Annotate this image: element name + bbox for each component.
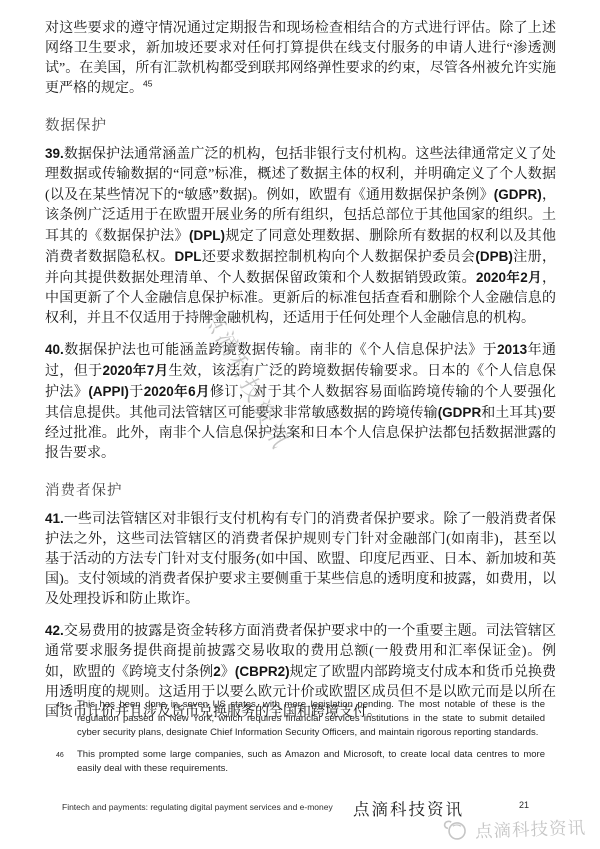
paragraph-39: 39.数据保护法通常涵盖广泛的机构，包括非银行支付机构。这些法律通常定义了处理数… [45,144,556,329]
page-footer: Fintech and payments: regulating digital… [0,796,600,820]
heading-consumer-protection: 消费者保护 [45,479,556,500]
footnotes-section: 45 This has been done in seven US states… [45,698,545,785]
paragraph-41: 41.一些司法管辖区对非银行支付机构有专门的消费者保护要求。除了一般消费者保护法… [45,509,556,610]
footnote-45-text: This has been done in seven US states, w… [77,698,545,739]
document-page: 点滴科技资讯 对这些要求的遵守情况通过定期报告和现场检查相结合的方式进行评估。除… [0,0,600,849]
heading-data-protection: 数据保护 [45,114,556,135]
droplet-logo-icon [441,817,472,844]
footnote-45: 45 This has been done in seven US states… [45,698,545,739]
paragraph-40: 40.数据保护法也可能涵盖跨境数据传输。南非的《个人信息保护法》于2013年通过… [45,340,556,464]
paragraph-intro: 对这些要求的遵守情况通过定期报告和现场检查相结合的方式进行评估。除了上述网络卫生… [45,19,556,99]
page-body: 对这些要求的遵守情况通过定期报告和现场检查相结合的方式进行评估。除了上述网络卫生… [45,19,556,734]
page-number: 21 [519,800,529,810]
running-title: Fintech and payments: regulating digital… [62,802,333,812]
footnote-45-marker: 45 [56,698,77,739]
footnote-46-text: This prompted some large companies, such… [77,748,545,776]
footnote-46-marker: 46 [56,748,77,776]
footer-brand-text: 点滴科技资讯 [353,796,464,820]
footnote-46: 46 This prompted some large companies, s… [45,748,545,776]
